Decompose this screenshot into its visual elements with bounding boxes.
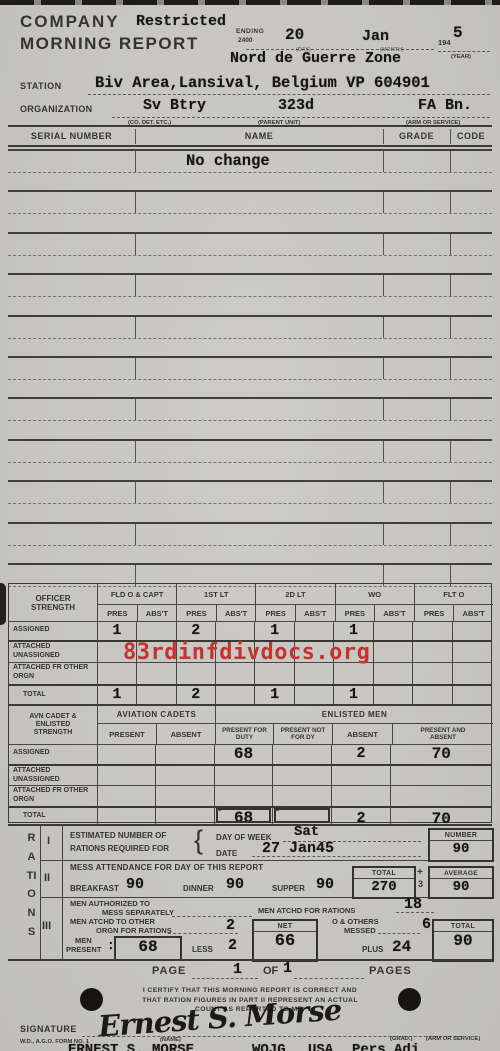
roster-row (8, 315, 492, 356)
enlisted-strength-table: AVN CADET & ENLISTED STRENGTH AVIATION C… (8, 705, 492, 823)
station-underline (88, 79, 490, 95)
officer-sub-header: PRES (176, 604, 216, 621)
signature-label: SIGNATURE (20, 1024, 77, 1034)
watermark: 83rdinfdivdocs.org (123, 640, 370, 665)
supper-label: SUPPER (272, 884, 305, 893)
officer-row-assigned: ASSIGNED 1 2 1 1 (9, 621, 491, 640)
men-authorized-label: MEN AUTHORIZED TO (70, 899, 150, 908)
roster-row (8, 190, 492, 231)
rations-divider (40, 825, 41, 960)
year-caption: (YEAR) (451, 54, 471, 60)
column-divider (135, 129, 136, 144)
underline (172, 905, 252, 917)
grade-caption: (GRAD.) (390, 1036, 413, 1042)
number-value: 90 (430, 841, 492, 857)
men-present-label-2: PRESENT (66, 945, 101, 954)
arm-caption: (ARM OR SERVICE) (426, 1036, 480, 1042)
of-label: OF (263, 965, 278, 977)
roster-col-code: CODE (450, 131, 492, 141)
number-label: NUMBER (430, 830, 492, 841)
typed-name: ERNEST S. MORSE (68, 1042, 194, 1051)
zone-value: Nord de Guerre Zone (230, 50, 401, 67)
underline (192, 964, 258, 979)
officer-group-header: 1ST LT (176, 584, 255, 604)
rations-row-divider (40, 860, 492, 861)
breakfast-label: BREAKFAST (70, 884, 119, 893)
date-underline (246, 34, 434, 50)
officer-group-header: FLT O (414, 584, 493, 604)
atchd-for-rations-label: MEN ATCHD FOR RATIONS (258, 906, 355, 915)
mess-total-box: TOTAL 270 (352, 866, 416, 899)
rations-numeral-1: I (47, 835, 50, 847)
mess-total-label: TOTAL (354, 868, 414, 879)
enlisted-col-header: PRESENT FOR DUTY (215, 723, 273, 744)
officer-table-corner: OFFICER STRENGTH (25, 594, 81, 612)
number-box: NUMBER 90 (428, 828, 494, 862)
pen-box (274, 808, 330, 823)
page-value: 1 (233, 961, 242, 978)
pages-label: PAGES (369, 965, 412, 977)
enlisted-col-header: PRESENT AND ABSENT (392, 723, 493, 744)
men-present-value: 68 (138, 938, 157, 956)
roster-col-grade: GRADE (383, 131, 450, 141)
page-label: PAGE (152, 965, 186, 977)
officer-row-total: TOTAL 1 2 1 1 (9, 684, 491, 704)
rations-total-label: TOTAL (434, 921, 492, 932)
roster-entry-list: No change (8, 149, 492, 604)
rations-numeral-3: III (42, 920, 51, 932)
roster-entry-value: No change (186, 152, 270, 170)
plus-label: PLUS (362, 945, 383, 954)
roster-row: No change (8, 149, 492, 190)
rations-total-value: 90 (434, 932, 492, 950)
underline (378, 922, 420, 934)
officer-group-header: FLD O & CAPT (97, 584, 176, 604)
roster-row (8, 273, 492, 314)
rations-row-divider (40, 897, 492, 898)
enlisted-col-header: ABSENT (332, 723, 392, 744)
form-title-morning-report: MORNING REPORT (20, 34, 199, 54)
enlisted-row-attached-fr-other: ATTACHED FR OTHER ORGN (9, 785, 491, 806)
underline (396, 901, 434, 913)
punch-hole (80, 988, 103, 1011)
roster-col-name: NAME (135, 131, 383, 141)
net-label: NET (254, 921, 316, 932)
atchd-other-label-1: MEN ATCHD TO OTHER (70, 917, 155, 926)
officer-sub-header: ABS'T (137, 604, 177, 621)
organization-label: ORGANIZATION (20, 104, 92, 114)
divide-by-three: 3 (418, 879, 423, 889)
mess-total-value: 270 (354, 879, 414, 895)
divide-sign: + (417, 867, 423, 878)
rations-divider (62, 825, 63, 960)
roster-row (8, 397, 492, 438)
rule (8, 959, 492, 961)
net-value: 66 (254, 932, 316, 951)
roster-row (8, 480, 492, 521)
officer-sub-header: PRES (255, 604, 295, 621)
officer-group-header: 2D LT (255, 584, 334, 604)
organization-underline (112, 102, 490, 118)
rations-vertical-label: RATIONS (26, 829, 37, 942)
scan-edge-band (0, 0, 500, 5)
brace-glyph: { (194, 824, 203, 856)
atchd-other-value: 2 (226, 917, 235, 934)
aviation-cadets-header: AVIATION CADETS (97, 706, 215, 723)
atchd-other-label-2: ORGN FOR RATIONS (96, 926, 172, 935)
enlisted-row-attached-unassigned: ATTACHED UNASSIGNED (9, 764, 491, 785)
rations-est-label-1: ESTIMATED NUMBER OF (70, 831, 166, 840)
rations-total-box: TOTAL 90 (432, 919, 494, 962)
enlisted-col-header: ABSENT (156, 723, 215, 744)
roster-col-serial: SERIAL NUMBER (8, 131, 135, 141)
officer-sub-header: ABS'T (216, 604, 256, 621)
men-present-box: 68 (114, 936, 182, 961)
officer-sub-header: PRES (97, 604, 137, 621)
officer-group-header: WO (335, 584, 414, 604)
certification-line-1: I CERTIFY THAT THIS MORNING REPORT IS CO… (90, 986, 410, 996)
roster-row (8, 232, 492, 273)
morning-report-scan: COMPANY Restricted MORNING REPORT ENDING… (0, 0, 500, 1051)
plus-value: 24 (392, 938, 411, 956)
scan-artifact (0, 583, 6, 625)
officer-sub-header: PRES (414, 604, 454, 621)
officer-sub-header: ABS'T (295, 604, 335, 621)
officer-sub-header: ABS'T (374, 604, 414, 621)
less-label: LESS (192, 945, 213, 954)
rations-numeral-2: II (44, 872, 50, 884)
others-label-1: O & OTHERS (332, 917, 379, 926)
average-box: AVERAGE 90 (428, 866, 494, 899)
roster-row (8, 522, 492, 563)
roster-row (8, 439, 492, 480)
roster-row (8, 356, 492, 397)
enlisted-col-header: PRESENT NOT FOR DY (273, 723, 332, 744)
officer-sub-header: PRES (335, 604, 375, 621)
typed-grade: WOJG (252, 1042, 286, 1051)
officer-sub-header: ABS'T (453, 604, 493, 621)
typed-title: Pers Adj (352, 1042, 419, 1051)
column-divider (450, 129, 451, 144)
underline (294, 964, 364, 979)
rule (8, 145, 492, 147)
year-underline (438, 36, 490, 52)
others-value: 6 (422, 916, 431, 933)
officer-row-attached-fr-other: ATTACHED FR OTHER ORGN (9, 662, 491, 684)
date-label: DATE (216, 849, 237, 858)
pages-total-value: 1 (283, 960, 292, 977)
mess-separately-label: MESS SEPARATELY (102, 908, 174, 917)
rule (8, 824, 492, 826)
men-present-label-1: MEN (75, 936, 92, 945)
column-divider (383, 129, 384, 144)
enlisted-table-corner: AVN CADET & ENLISTED STRENGTH (22, 713, 84, 737)
typed-arm: USA (308, 1042, 333, 1051)
enlisted-men-header: ENLISTED MEN (215, 706, 493, 723)
underline (252, 843, 421, 857)
classification-stamp: Restricted (136, 13, 226, 30)
rations-est-label-2: RATIONS REQUIRED FOR (70, 844, 169, 853)
net-box: NET 66 (252, 919, 318, 962)
punch-hole (398, 988, 421, 1011)
station-label: STATION (20, 81, 62, 91)
breakfast-value: 90 (126, 876, 144, 893)
dinner-value: 90 (226, 876, 244, 893)
average-label: AVERAGE (430, 868, 492, 879)
enlisted-row-assigned: ASSIGNED 68 2 70 (9, 744, 491, 764)
less-value: 2 (228, 937, 237, 954)
pen-mark: * (218, 807, 221, 816)
signature-underline (82, 1022, 462, 1037)
mess-attendance-title: MESS ATTENDANCE FOR DAY OF THIS REPORT (70, 863, 263, 872)
pen-box (216, 808, 271, 823)
pen-mark: * (276, 807, 279, 816)
average-value: 90 (430, 879, 492, 895)
enlisted-col-header: PRESENT (97, 723, 156, 744)
form-title-company: COMPANY (20, 12, 120, 32)
dinner-label: DINNER (183, 884, 214, 893)
rule (8, 125, 492, 127)
others-label-2: MESSED (344, 926, 376, 935)
enlisted-row-total: TOTAL *68 * 2 70 (9, 806, 491, 824)
supper-value: 90 (316, 876, 334, 893)
